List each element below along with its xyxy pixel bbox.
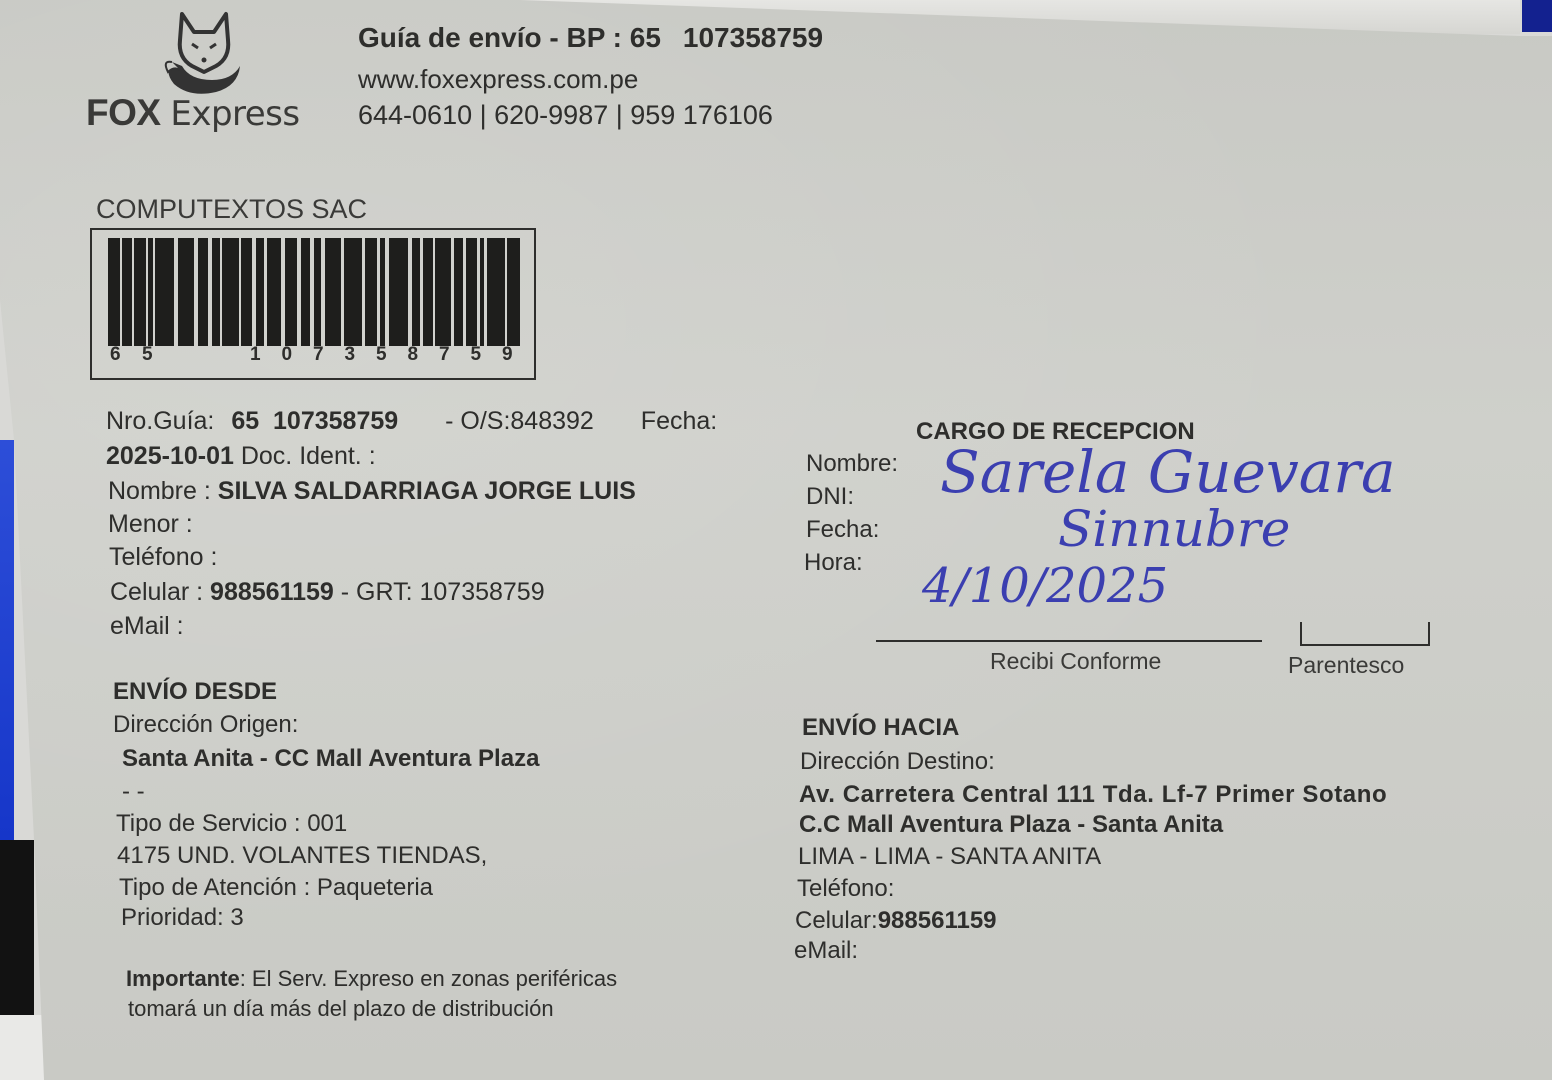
fecha-label: Fecha: [641, 407, 717, 435]
cargo-fecha-label: Fecha: [806, 516, 879, 544]
barcode-digit: 1 [250, 344, 261, 366]
direccion-destino-label: Dirección Destino: [800, 748, 995, 776]
origen-dashes: - - [122, 778, 145, 806]
grt-value: - GRT: 107358759 [341, 578, 545, 606]
nota-text-1: : El Serv. Expreso en zonas periféricas [240, 966, 617, 991]
os-value: - O/S:848392 [445, 407, 594, 435]
nro-guia-label: Nro.Guía: [106, 407, 214, 435]
barcode-digit: 3 [345, 344, 356, 366]
prioridad: Prioridad: 3 [121, 904, 244, 932]
barcode-bars [108, 238, 520, 346]
menor-label: Menor : [108, 510, 193, 539]
destino-celular-row: Celular:988561159 [795, 907, 997, 935]
recibi-conforme-label: Recibi Conforme [990, 648, 1161, 675]
email-label: eMail : [110, 612, 184, 641]
handwritten-dni: Sinnubre [1058, 500, 1290, 558]
doc-ident-label: Doc. Ident. : [241, 442, 376, 470]
nro-guia-value: 65 107358759 [231, 407, 398, 435]
barcode: 65107358759 [90, 228, 536, 380]
sender-company: COMPUTEXTOS SAC [96, 194, 367, 225]
celular-row: Celular : 988561159 - GRT: 107358759 [110, 578, 545, 607]
nota-line-2: tomará un día más del plazo de distribuc… [128, 996, 554, 1022]
parentesco-label: Parentesco [1288, 652, 1404, 679]
nota-label: Importante [126, 966, 240, 991]
direccion-destino-line-2: C.C Mall Aventura Plaza - Santa Anita [799, 811, 1223, 839]
barcode-digit: 6 [110, 344, 121, 366]
destino-celular-label: Celular: [795, 907, 878, 934]
direccion-destino-line-1: Av. Carretera Central 111 Tda. Lf-7 Prim… [799, 781, 1387, 809]
fox-logo-icon [160, 10, 248, 95]
direccion-origen-label: Dirección Origen: [113, 711, 298, 739]
envio-hacia-title: ENVÍO HACIA [802, 714, 959, 742]
tipo-atencion: Tipo de Atención : Paqueteria [119, 874, 433, 902]
cargo-hora-label: Hora: [804, 549, 863, 577]
cargo-dni-label: DNI: [806, 483, 854, 511]
handwritten-date: 4/10/2025 [922, 558, 1168, 614]
nota-line-1: Importante: El Serv. Expreso en zonas pe… [126, 966, 617, 992]
brand-suffix: Express [170, 94, 299, 134]
tipo-servicio: Tipo de Servicio : 001 [116, 810, 347, 838]
barcode-digits: 65107358759 [110, 344, 520, 370]
destino-telefono-label: Teléfono: [797, 875, 894, 903]
barcode-digit: 9 [502, 344, 513, 366]
background-blue-object [1522, 0, 1552, 32]
fecha-value: 2025-10-01 [106, 442, 234, 470]
celular-label: Celular : [110, 578, 203, 606]
nombre-value: SILVA SALDARRIAGA JORGE LUIS [218, 477, 636, 505]
signature-line [876, 640, 1262, 642]
fecha-row: 2025-10-01 Doc. Ident. : [106, 442, 376, 471]
nombre-label: Nombre : [108, 477, 211, 505]
background-blue-edge [0, 440, 14, 840]
handwritten-name: Sarela Guevara [940, 438, 1396, 506]
destino-celular-value: 988561159 [878, 907, 997, 934]
shipping-guide-paper: FOX Express Guía de envío - BP : 6510735… [0, 0, 1552, 1080]
barcode-digit: 5 [142, 344, 153, 366]
direccion-origen-value: Santa Anita - CC Mall Aventura Plaza [122, 745, 539, 773]
nombre-row: Nombre : SILVA SALDARRIAGA JORGE LUIS [108, 477, 636, 506]
brand-name: FOX [86, 92, 161, 133]
destino-email-label: eMail: [794, 937, 858, 965]
guide-title-label: Guía de envío - BP : 65 [358, 22, 661, 53]
background-white-object [0, 1015, 46, 1080]
guide-title: Guía de envío - BP : 65107358759 [358, 22, 823, 54]
barcode-digit: 8 [408, 344, 419, 366]
background-dark-object [0, 840, 34, 1015]
envio-desde-title: ENVÍO DESDE [113, 678, 277, 706]
parentesco-box [1300, 622, 1430, 646]
guide-title-number: 107358759 [683, 22, 823, 53]
nro-guia-row: Nro.Guía: 65 107358759 - O/S:848392 Fech… [106, 407, 717, 436]
barcode-digit: 0 [282, 344, 293, 366]
barcode-digit: 5 [376, 344, 387, 366]
telefono-label: Teléfono : [109, 543, 217, 572]
contenido: 4175 UND. VOLANTES TIENDAS, [117, 842, 487, 870]
cargo-nombre-label: Nombre: [806, 450, 898, 478]
brand-logo-text: FOX Express [86, 92, 300, 134]
celular-value: 988561159 [210, 578, 334, 606]
website-link[interactable]: www.foxexpress.com.pe [358, 64, 638, 95]
ubicacion-destino: LIMA - LIMA - SANTA ANITA [798, 843, 1101, 871]
barcode-digit: 7 [439, 344, 450, 366]
contact-phones: 644-0610 | 620-9987 | 959 176106 [358, 100, 773, 131]
barcode-digit: 7 [313, 344, 324, 366]
barcode-digit: 5 [471, 344, 482, 366]
